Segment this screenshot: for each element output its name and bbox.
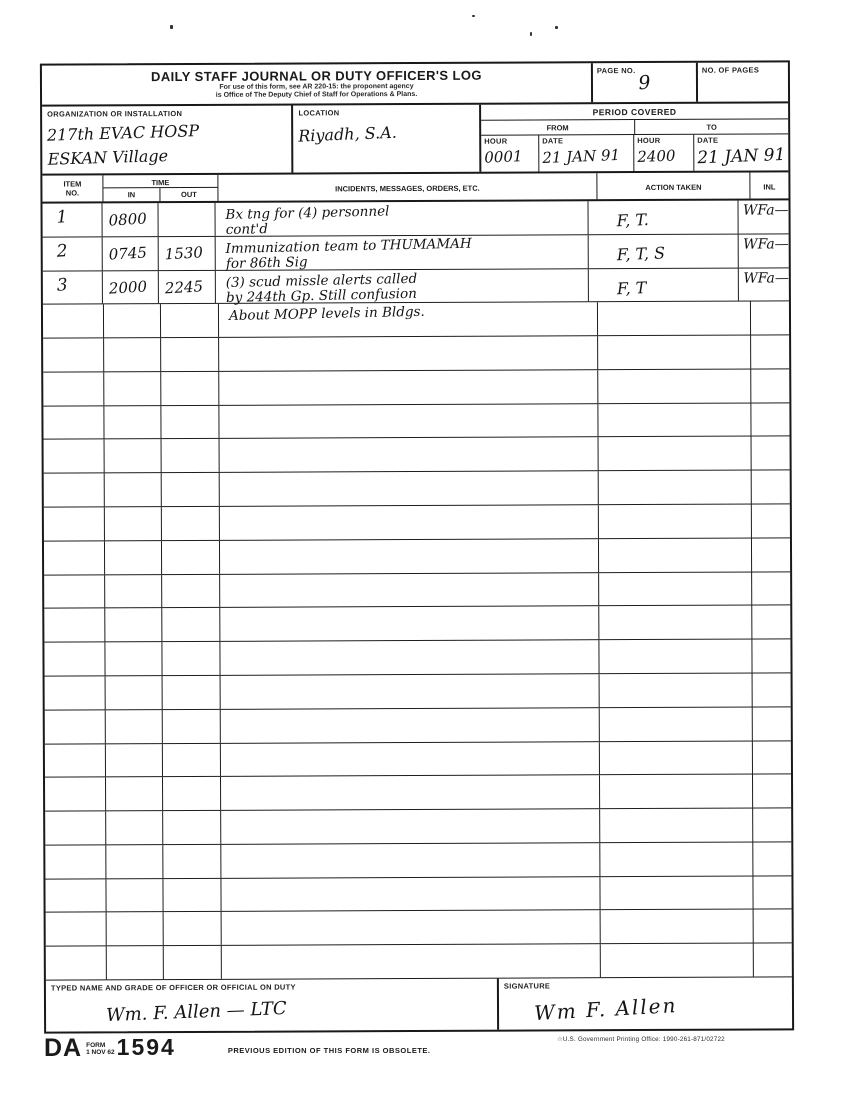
cell-item-no <box>46 947 107 980</box>
page-no-cell: PAGE NO. 9 <box>591 63 696 102</box>
table-row <box>45 707 791 744</box>
cell-initials <box>753 842 791 875</box>
cell-time-out <box>163 743 221 776</box>
cell-initials <box>754 944 792 977</box>
cell-initials <box>753 741 791 774</box>
scan-speck <box>530 32 532 36</box>
cell-initials <box>752 504 790 537</box>
cell-time-in <box>104 338 161 371</box>
location-cell: LOCATION Riyadh, S.A. <box>291 105 479 173</box>
cell-item-no <box>45 845 106 878</box>
form-subtitle-line2: is Office of The Deputy Chief of Staff f… <box>42 90 591 100</box>
scan-speck <box>170 25 173 29</box>
cell-incidents <box>219 404 598 438</box>
cell-action-taken <box>601 944 754 977</box>
from-hour-label: HOUR <box>484 136 535 145</box>
from-hour-cell: HOUR 0001 <box>481 135 539 171</box>
cell-time-in: 0745 <box>103 237 159 270</box>
cell-item-no <box>44 609 105 642</box>
header-incidents: INCIDENTS, MESSAGES, ORDERS, ETC. <box>218 173 597 201</box>
cell-action-taken <box>599 505 752 538</box>
cell-incidents <box>220 573 599 607</box>
form-id-line: DA FORM 1 NOV 62 1594 PREVIOUS EDITION O… <box>44 1036 431 1060</box>
form-number: 1594 <box>117 1036 176 1059</box>
cell-time-in <box>105 507 162 540</box>
header-in: IN <box>103 188 160 201</box>
header-action-taken: ACTION TAKEN <box>597 173 750 200</box>
cell-incidents <box>221 708 600 742</box>
cell-action-taken <box>598 336 751 369</box>
table-row <box>45 741 791 778</box>
cell-initials <box>752 471 790 504</box>
cell-item-no <box>46 913 107 946</box>
cell-time-in: 2000 <box>103 271 159 304</box>
to-hour-label: HOUR <box>637 136 690 145</box>
to-hour-cell: HOUR 2400 <box>634 135 694 171</box>
to-date-value: 21 JAN 91 <box>697 145 786 168</box>
cell-time-in <box>104 372 161 405</box>
cell-incidents: Immunization team to THUMAMAHfor 86th Si… <box>216 235 589 269</box>
cell-item-no: 3 <box>43 271 103 304</box>
signature-band: TYPED NAME AND GRADE OF OFFICER OR OFFIC… <box>46 976 792 1031</box>
cell-time-out <box>161 372 219 405</box>
cell-action-taken <box>598 403 751 436</box>
cell-time-in <box>104 304 161 337</box>
cell-initials: WFa— <box>739 234 789 267</box>
period-from-to-band: FROM TO <box>481 119 788 135</box>
from-hour-value: 0001 <box>484 147 536 167</box>
cell-action-taken <box>600 673 753 706</box>
header-item-no: ITEM NO. <box>42 175 103 201</box>
cell-item-no <box>45 811 106 844</box>
cell-incidents <box>222 911 601 945</box>
cell-incidents <box>220 438 599 472</box>
cell-action-taken <box>600 876 753 909</box>
cell-time-in <box>106 710 163 743</box>
table-row <box>43 335 789 372</box>
cell-time-in <box>106 845 163 878</box>
table-row: 1 0800 Bx tng for (4) personnelcont'd F,… <box>42 200 788 237</box>
organization-cell: ORGANIZATION OR INSTALLATION 217th EVAC … <box>42 106 292 174</box>
cell-initials <box>753 673 791 706</box>
cell-action-taken <box>600 775 753 808</box>
from-date-value: 21 JAN 91 <box>542 146 631 167</box>
table-row: About MOPP levels in Bldgs. <box>43 302 789 339</box>
no-of-pages-cell: NO. OF PAGES <box>696 62 788 101</box>
cell-initials <box>751 335 789 368</box>
cell-time-out <box>161 304 219 337</box>
cell-item-no <box>43 338 104 371</box>
table-row <box>44 471 790 508</box>
cell-item-no <box>44 440 105 473</box>
header-inl: INL <box>750 172 788 198</box>
cell-item-no <box>44 575 105 608</box>
cell-item-no <box>44 507 105 540</box>
to-hour-value: 2400 <box>637 146 691 166</box>
cell-action-taken <box>599 538 752 571</box>
cell-time-out <box>163 811 221 844</box>
header-item-line1: ITEM <box>42 179 102 188</box>
cell-action-taken <box>599 437 752 470</box>
cell-initials <box>753 876 791 909</box>
signature-value: Wm F. Allen <box>534 987 788 1025</box>
scan-speck <box>472 15 475 17</box>
cell-initials <box>752 572 790 605</box>
cell-time-out: 1530 <box>159 237 216 270</box>
table-row <box>44 538 790 575</box>
cell-incidents <box>220 607 599 641</box>
cell-time-out <box>162 608 220 641</box>
cell-time-out <box>163 777 221 810</box>
cell-incidents <box>222 944 601 978</box>
cell-item-no <box>44 474 105 507</box>
form-word: FORM <box>86 1042 115 1049</box>
typed-name-label: TYPED NAME AND GRADE OF OFFICER OR OFFIC… <box>51 982 492 993</box>
table-row <box>44 572 790 609</box>
cell-incidents <box>221 742 600 776</box>
table-row <box>45 842 791 879</box>
from-label: FROM <box>481 120 635 135</box>
cell-time-in <box>106 811 163 844</box>
cell-incidents <box>220 539 599 573</box>
form-title-block: DAILY STAFF JOURNAL OR DUTY OFFICER'S LO… <box>42 63 591 104</box>
cell-incidents <box>221 809 600 843</box>
table-row <box>45 808 791 845</box>
cell-time-out <box>162 574 220 607</box>
cell-action-taken <box>599 572 752 605</box>
cell-initials <box>754 910 792 943</box>
form-edition-date: 1 NOV 62 <box>86 1049 115 1056</box>
cell-initials <box>751 369 789 402</box>
cell-incidents: (3) scud missle alerts calledby 244th Gp… <box>216 269 589 303</box>
log-table-header: ITEM NO. TIME IN OUT INCIDENTS, MESSAGES… <box>42 172 788 203</box>
cell-item-no <box>44 541 105 574</box>
cell-initials <box>751 403 789 436</box>
organization-value: 217th EVAC HOSP ESKAN Village <box>47 116 288 171</box>
cell-incidents: Bx tng for (4) personnelcont'd <box>216 201 589 235</box>
hour-date-band: HOUR 0001 DATE 21 JAN 91 HOUR 2400 DATE … <box>481 134 788 171</box>
gpo-note: ☆U.S. Government Printing Office: 1990-2… <box>557 1036 725 1043</box>
header-out: OUT <box>160 188 217 201</box>
org-band: ORGANIZATION OR INSTALLATION 217th EVAC … <box>42 103 788 175</box>
cell-time-out <box>161 406 219 439</box>
log-rows: 1 0800 Bx tng for (4) personnelcont'd F,… <box>42 200 791 979</box>
table-row <box>43 403 789 440</box>
cell-incidents <box>220 471 599 505</box>
cell-incidents <box>219 370 598 404</box>
cell-time-in <box>105 473 162 506</box>
header-time-label: TIME <box>103 175 217 188</box>
to-date-cell: DATE 21 JAN 91 <box>694 134 788 170</box>
cell-action-taken <box>600 842 753 875</box>
cell-time-in: 0800 <box>103 203 159 236</box>
cell-action-taken <box>600 707 753 740</box>
table-row: 2 0745 1530 Immunization team to THUMAMA… <box>43 234 789 271</box>
cell-action-taken: F, T <box>589 268 740 301</box>
cell-time-in <box>105 642 162 675</box>
cell-initials <box>752 437 790 470</box>
cell-incidents <box>219 336 598 370</box>
cell-time-in <box>106 676 163 709</box>
cell-item-no <box>44 643 105 676</box>
cell-time-out <box>163 845 221 878</box>
from-date-cell: DATE 21 JAN 91 <box>539 135 634 171</box>
cell-item-no <box>43 372 104 405</box>
cell-time-in <box>107 913 164 946</box>
cell-incidents <box>221 843 600 877</box>
cell-action-taken: F, T. <box>588 201 739 234</box>
cell-time-out <box>159 203 216 236</box>
table-row <box>45 876 791 913</box>
cell-action-taken <box>598 302 751 335</box>
cell-time-in <box>107 946 164 979</box>
cell-time-in <box>105 608 162 641</box>
cell-incidents <box>220 505 599 539</box>
cell-item-no <box>45 744 106 777</box>
cell-item-no <box>43 406 104 439</box>
cell-time-in <box>106 879 163 912</box>
da-abbrev: DA <box>44 1036 82 1060</box>
cell-time-out <box>164 946 222 979</box>
cell-time-out <box>163 676 221 709</box>
header-time: TIME IN OUT <box>103 175 218 202</box>
cell-time-in <box>105 575 162 608</box>
table-row <box>45 673 791 710</box>
table-row: 3 2000 2245 (3) scud missle alerts calle… <box>43 268 789 305</box>
location-label: LOCATION <box>298 108 474 118</box>
cell-time-out <box>162 541 220 574</box>
cell-initials <box>753 808 791 841</box>
table-row <box>45 775 791 812</box>
typed-name-value: Wm. F. Allen — LTC <box>106 990 493 1026</box>
cell-time-out <box>162 507 220 540</box>
table-row <box>46 910 792 947</box>
cell-time-out <box>163 710 221 743</box>
cell-item-no <box>45 676 106 709</box>
cell-initials <box>752 606 790 639</box>
cell-time-out: 2245 <box>159 270 216 303</box>
cell-action-taken <box>599 640 752 673</box>
cell-initials: WFa— <box>739 268 789 301</box>
signature-cell: SIGNATURE Wm F. Allen <box>497 977 792 1029</box>
cell-incidents <box>221 877 600 911</box>
scanned-page: { "form": { "title": "DAILY STAFF JOURNA… <box>0 0 850 1094</box>
cell-incidents <box>221 674 600 708</box>
cell-action-taken <box>598 369 751 402</box>
header-in-out: IN OUT <box>103 188 217 201</box>
cell-time-in <box>106 744 163 777</box>
cell-incidents <box>221 775 600 809</box>
period-covered-label: PERIOD COVERED <box>481 103 788 120</box>
cell-item-no <box>45 778 106 811</box>
table-row <box>46 944 792 980</box>
header-item-line2: NO. <box>42 188 102 197</box>
cell-action-taken <box>599 471 752 504</box>
cell-item-no <box>45 879 106 912</box>
cell-initials <box>753 775 791 808</box>
location-value: Riyadh, S.A. <box>298 120 474 146</box>
cell-item-no <box>45 710 106 743</box>
cell-item-no <box>43 305 104 338</box>
cell-time-in <box>104 406 161 439</box>
cell-action-taken <box>600 809 753 842</box>
cell-time-in <box>105 541 162 574</box>
to-label: TO <box>635 119 788 134</box>
da-form-1594: DAILY STAFF JOURNAL OR DUTY OFFICER'S LO… <box>40 60 794 1033</box>
cell-incidents <box>220 640 599 674</box>
form-header: DAILY STAFF JOURNAL OR DUTY OFFICER'S LO… <box>42 62 788 106</box>
cell-item-no: 2 <box>43 237 103 270</box>
cell-initials <box>752 640 790 673</box>
cell-action-taken: F, T, S <box>588 234 739 267</box>
cell-time-out <box>162 642 220 675</box>
cell-time-out <box>163 878 221 911</box>
obsolete-note: PREVIOUS EDITION OF THIS FORM IS OBSOLET… <box>228 1046 431 1055</box>
cell-time-out <box>161 338 219 371</box>
from-date-label: DATE <box>542 136 630 145</box>
cell-item-no: 1 <box>42 203 102 236</box>
table-row <box>43 369 789 406</box>
cell-action-taken <box>601 910 754 943</box>
cell-incidents: About MOPP levels in Bldgs. <box>219 303 598 337</box>
to-date-label: DATE <box>697 135 785 144</box>
cell-time-out <box>162 473 220 506</box>
cell-time-out <box>164 912 222 945</box>
cell-initials <box>753 707 791 740</box>
form-word-date: FORM 1 NOV 62 <box>86 1042 115 1056</box>
no-of-pages-label: NO. OF PAGES <box>702 65 784 74</box>
cell-initials <box>751 302 789 335</box>
cell-time-in <box>105 440 162 473</box>
period-covered-cell: PERIOD COVERED FROM TO HOUR 0001 DATE 21… <box>479 103 788 171</box>
table-row <box>44 606 790 643</box>
cell-time-in <box>106 777 163 810</box>
typed-name-cell: TYPED NAME AND GRADE OF OFFICER OR OFFIC… <box>46 979 497 1032</box>
cell-time-out <box>162 439 220 472</box>
cell-action-taken <box>599 606 752 639</box>
table-row <box>44 640 790 677</box>
cell-action-taken <box>600 741 753 774</box>
table-row <box>44 437 790 474</box>
scan-speck <box>555 26 558 29</box>
cell-initials: WFa— <box>739 200 789 233</box>
cell-initials <box>752 538 790 571</box>
table-row <box>44 504 790 541</box>
